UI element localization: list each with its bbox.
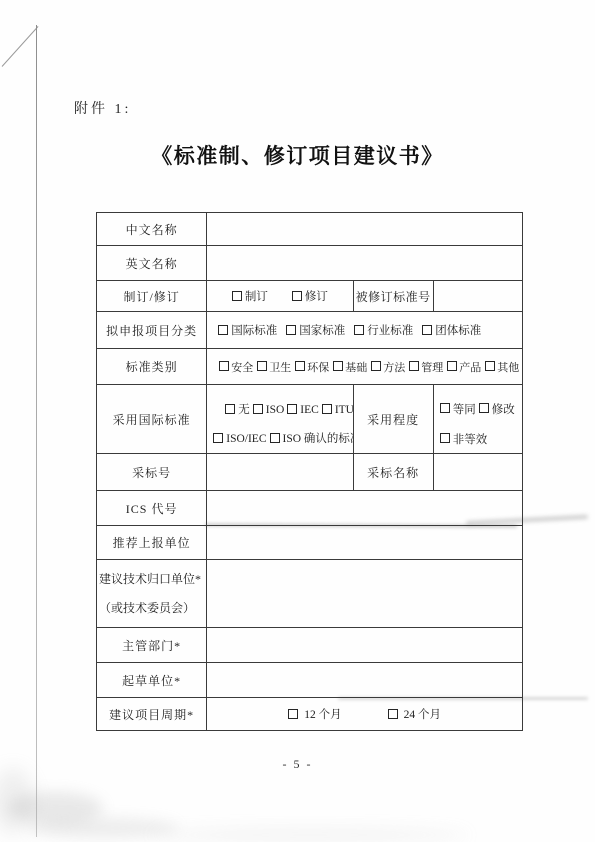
- checkbox-icon: [270, 433, 280, 443]
- checkbox-option: 管理: [409, 359, 443, 375]
- checkbox-icon: [447, 361, 457, 371]
- checkbox-option: 产品: [447, 359, 481, 375]
- checkbox-icon: [371, 361, 381, 371]
- checkbox-option: 团体标准: [422, 322, 481, 338]
- checkbox-icon: [440, 403, 450, 413]
- adopted-standard-name-label: 采标名称: [353, 454, 433, 491]
- checkbox-icon: [388, 709, 398, 719]
- checkbox-icon: [422, 325, 432, 335]
- checkbox-icon: [354, 325, 364, 335]
- scan-artifact-blotch: [0, 768, 34, 834]
- row-label: 推荐上报单位: [97, 526, 207, 560]
- row-standard-type: 标准类别 安全 卫生 环保 基础 方法 管理 产品 其他: [97, 349, 523, 385]
- row-label: 建议项目周期*: [97, 698, 207, 731]
- ics-code-input-cell: [207, 491, 523, 526]
- revised-standard-number-label: 被修订标准号: [353, 281, 433, 312]
- revised-standard-number-input-cell: [433, 281, 522, 312]
- international-standard-options-cell: 无 ISO IEC ITU ISO/IEC ISO 确认的标准: [207, 385, 353, 454]
- checkbox-icon: [485, 361, 495, 371]
- checkbox-option: 修改: [479, 401, 515, 417]
- checkbox-icon: [409, 361, 419, 371]
- checkbox-icon: [225, 404, 235, 414]
- checkbox-icon: [286, 325, 296, 335]
- checkbox-option: IEC: [287, 402, 319, 417]
- proposal-form-table: 中文名称 英文名称 制订/修订 制订 修订 被修订标准号: [96, 212, 523, 731]
- scan-artifact-blotch: [8, 792, 103, 824]
- row-technical-centralized-unit: 建议技术归口单位* （或技术委员会）: [97, 560, 523, 628]
- row-label: 建议技术归口单位* （或技术委员会）: [97, 560, 207, 628]
- project-category-options-cell: 国际标准 国家标准 行业标准 团体标准: [207, 312, 523, 349]
- checkbox-icon: [292, 291, 302, 301]
- new-or-revision-options-cell: 制订 修订: [207, 281, 353, 312]
- row-project-period: 建议项目周期* 12 个月 24 个月: [97, 698, 523, 731]
- row-label: 采标号: [97, 454, 207, 491]
- checkbox-icon: [440, 433, 450, 443]
- checkbox-icon: [253, 404, 263, 414]
- row-project-category: 拟申报项目分类 国际标准 国家标准 行业标准 团体标准: [97, 312, 523, 349]
- row-label: 英文名称: [97, 246, 207, 281]
- scan-artifact-blotch: [28, 818, 178, 838]
- checkbox-icon: [213, 433, 223, 443]
- document-page: 附件 1: 《标准制、修订项目建议书》 中文名称 英文名称 制订/修订 制订: [0, 0, 595, 842]
- adopted-standard-name-input-cell: [433, 454, 522, 491]
- checkbox-option: 方法: [371, 359, 405, 375]
- checkbox-icon: [219, 361, 229, 371]
- checkbox-option: 等同: [440, 401, 476, 417]
- row-label: 中文名称: [97, 213, 207, 246]
- checkbox-option: 制订: [232, 288, 268, 304]
- checkbox-option: ITU: [322, 402, 353, 417]
- checkbox-icon: [479, 403, 489, 413]
- checkbox-option: 无: [225, 401, 250, 417]
- row-label: 拟申报项目分类: [97, 312, 207, 349]
- checkbox-option: 安全: [219, 359, 253, 375]
- row-label: 采用国际标准: [97, 385, 207, 454]
- recommending-unit-input-cell: [207, 526, 523, 560]
- checkbox-option: ISO: [253, 402, 285, 417]
- checkbox-option: 非等效: [440, 431, 488, 447]
- checkbox-option: 国家标准: [286, 322, 345, 338]
- row-label: 主管部门*: [97, 628, 207, 663]
- checkbox-icon: [295, 361, 305, 371]
- row-international-standard-adoption: 采用国际标准 无 ISO IEC ITU ISO/IEC ISO 确认的标准 采…: [97, 385, 523, 454]
- project-period-options-cell: 12 个月 24 个月: [207, 698, 523, 731]
- row-label: 起草单位*: [97, 663, 207, 698]
- row-english-name: 英文名称: [97, 246, 523, 281]
- adopted-standard-number-input-cell: [207, 454, 353, 491]
- row-competent-department: 主管部门*: [97, 628, 523, 663]
- checkbox-option: 国际标准: [218, 322, 277, 338]
- checkbox-option: 行业标准: [354, 322, 413, 338]
- page-number: - 5 -: [0, 757, 595, 772]
- checkbox-option: 12 个月: [288, 706, 341, 722]
- adoption-degree-label: 采用程度: [353, 385, 433, 454]
- scan-artifact-blotch: [150, 828, 470, 842]
- checkbox-option: ISO 确认的标准: [270, 430, 354, 446]
- chinese-name-input-cell: [207, 213, 523, 246]
- checkbox-icon: [288, 709, 298, 719]
- checkbox-option: 基础: [333, 359, 367, 375]
- checkbox-icon: [232, 291, 242, 301]
- checkbox-option: 卫生: [257, 359, 291, 375]
- row-chinese-name: 中文名称: [97, 213, 523, 246]
- checkbox-icon: [333, 361, 343, 371]
- row-new-or-revision: 制订/修订 制订 修订 被修订标准号: [97, 281, 523, 312]
- standard-type-options-cell: 安全 卫生 环保 基础 方法 管理 产品 其他: [207, 349, 523, 385]
- drafting-unit-input-cell: [207, 663, 523, 698]
- checkbox-icon: [257, 361, 267, 371]
- row-label: 制订/修订: [97, 281, 207, 312]
- page-title: 《标准制、修订项目建议书》: [0, 140, 595, 170]
- checkbox-icon: [218, 325, 228, 335]
- competent-department-input-cell: [207, 628, 523, 663]
- checkbox-option: 其他: [485, 359, 519, 375]
- checkbox-option: 24 个月: [388, 706, 441, 722]
- row-label: 标准类别: [97, 349, 207, 385]
- checkbox-option: 环保: [295, 359, 329, 375]
- row-label: ICS 代号: [97, 491, 207, 526]
- checkbox-option: 修订: [292, 288, 328, 304]
- technical-centralized-unit-input-cell: [207, 560, 523, 628]
- adoption-degree-options-cell: 等同 修改 非等效: [433, 385, 522, 454]
- attachment-label: 附件 1:: [74, 98, 131, 118]
- row-recommending-unit: 推荐上报单位: [97, 526, 523, 560]
- row-ics-code: ICS 代号: [97, 491, 523, 526]
- row-drafting-unit: 起草单位*: [97, 663, 523, 698]
- checkbox-icon: [322, 404, 332, 414]
- checkbox-option: ISO/IEC: [213, 431, 266, 446]
- english-name-input-cell: [207, 246, 523, 281]
- checkbox-icon: [287, 404, 297, 414]
- row-adopted-standard-number: 采标号 采标名称: [97, 454, 523, 491]
- scan-artifact-diagonal-line: [2, 26, 39, 67]
